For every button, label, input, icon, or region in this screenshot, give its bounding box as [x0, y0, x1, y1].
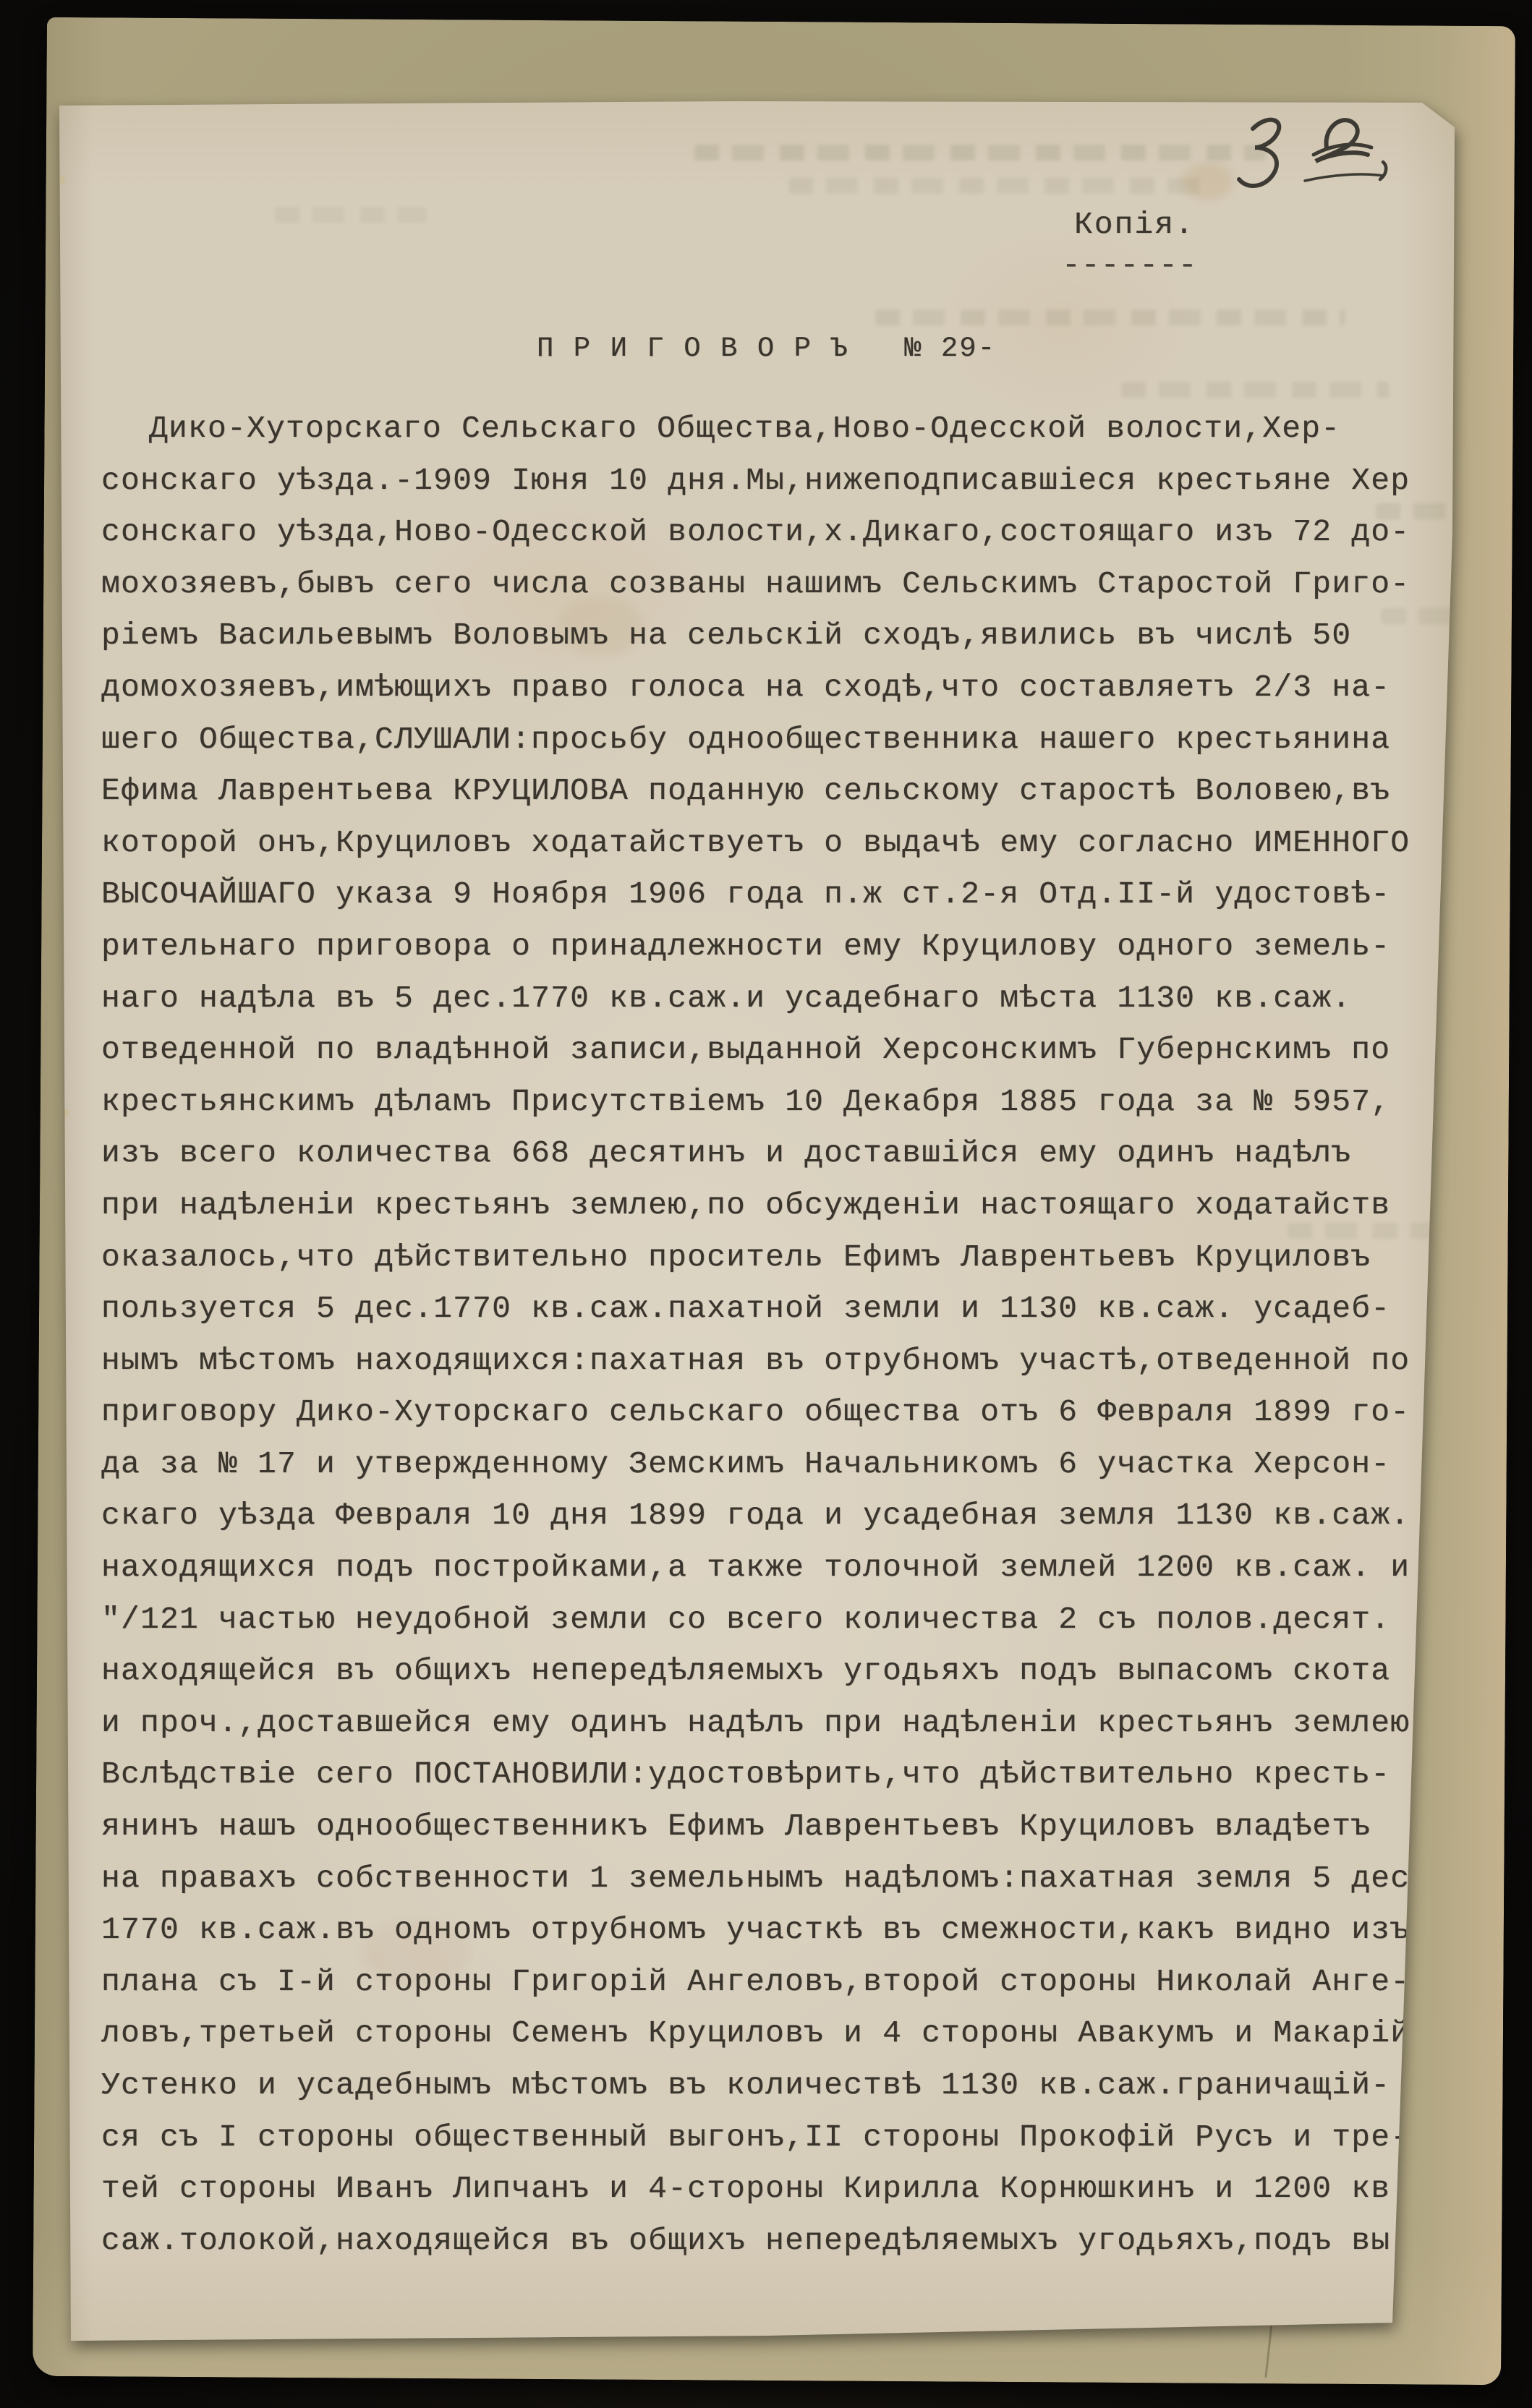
body-line: наго надѣла въ 5 дес.1770 кв.саж.и усаде… — [101, 981, 1410, 1033]
body-line: скаго уѣзда Февраля 10 дня 1899 года и у… — [101, 1498, 1410, 1550]
body-line: рительнаго приговора о принадлежности ем… — [101, 928, 1410, 981]
copy-label-underline: ------- — [1062, 247, 1198, 283]
body-line: пользуется 5 дес.1770 кв.саж.пахатной зе… — [101, 1291, 1410, 1343]
body-line: ВЫСОЧАЙШАГО указа 9 Ноября 1906 года п.ж… — [101, 876, 1410, 928]
body-line: Вслѣдствіе сего ПОСТАНОВИЛИ:удостовѣрить… — [101, 1756, 1410, 1809]
body-line: Ефима Лаврентьева КРУЦИЛОВА поданную сел… — [101, 773, 1410, 825]
body-line: на правахъ собственности 1 земельнымъ на… — [101, 1861, 1410, 1913]
bleed-through-ghost — [694, 145, 1266, 161]
body-line: находящейся въ общихъ непередѣляемыхъ уг… — [101, 1653, 1410, 1705]
body-line: нымъ мѣстомъ находящихся:пахатная въ отр… — [101, 1343, 1410, 1395]
body-line: отведенной по владѣнной записи,выданной … — [101, 1032, 1410, 1084]
bleed-through-ghost — [275, 207, 427, 223]
bleed-through-ghost — [788, 178, 1201, 194]
body-line: мохозяевъ,бывъ сего числа созваны нашимъ… — [101, 566, 1410, 618]
body-line: ловъ,третьей стороны Семенъ Круциловъ и … — [101, 2015, 1410, 2067]
body-line: находящихся подъ постройками,а также тол… — [101, 1550, 1410, 1602]
handwritten-page-number: 32 — [1220, 107, 1400, 208]
body-line: при надѣленіи крестьянъ землею,по обсужд… — [101, 1187, 1410, 1239]
handwriting-strokes — [1220, 107, 1400, 208]
body-line: плана съ I-й стороны Григорій Ангеловъ,в… — [101, 1964, 1410, 2016]
paper-crease — [1264, 2326, 1272, 2378]
body-line: ся съ I стороны общественный выгонъ,II с… — [101, 2119, 1410, 2172]
body-line: сонскаго уѣзда,Ново-Одесской волости,х.Д… — [101, 514, 1410, 566]
body-line: Устенко и усадебнымъ мѣстомъ въ количест… — [101, 2067, 1410, 2119]
body-line: янинъ нашъ однообщественникъ Ефимъ Лавре… — [101, 1809, 1410, 1861]
copy-label: Копія. — [1074, 207, 1195, 242]
bleed-through-ghost — [1121, 382, 1389, 398]
body-line: изъ всего количества 668 десятинъ и дост… — [101, 1135, 1410, 1187]
body-line: тей стороны Иванъ Липчанъ и 4-стороны Ки… — [101, 2171, 1410, 2223]
document-body: Дико-Хуторскаго Сельскаго Общества,Ново-… — [101, 411, 1410, 2274]
body-line: да за № 17 и утвержденному Земскимъ Нача… — [101, 1446, 1410, 1498]
scanned-document-photo: { "page_number_annotation": "32", "copy_… — [0, 0, 1532, 2408]
bleed-through-ghost — [875, 309, 1345, 325]
body-line: приговору Дико-Хуторскаго сельскаго обще… — [101, 1394, 1410, 1446]
body-line: Дико-Хуторскаго Сельскаго Общества,Ново-… — [101, 411, 1410, 463]
document-page: 32 Копія. ------- П Р И Г О В О Р Ъ № 29… — [58, 98, 1455, 2343]
body-line: домохозяевъ,имѣющихъ право голоса на схо… — [101, 670, 1410, 722]
body-line: которой онъ,Круциловъ ходатайствуетъ о в… — [101, 825, 1410, 877]
body-line: "/121 частью неудобной земли со всего ко… — [101, 1602, 1410, 1654]
body-line: ріемъ Васильевымъ Воловымъ на сельскій с… — [101, 618, 1410, 670]
body-line: саж.толокой,находящейся въ общихъ непере… — [101, 2223, 1410, 2275]
body-line: крестьянскимъ дѣламъ Присутствіемъ 10 Де… — [101, 1084, 1410, 1136]
body-line: 1770 кв.саж.въ одномъ отрубномъ участкѣ … — [101, 1912, 1410, 1964]
body-line: сонскаго уѣзда.-1909 Іюня 10 дня.Мы,ниже… — [101, 463, 1410, 515]
body-line: оказалось,что дѣйствительно проситель Еф… — [101, 1239, 1410, 1291]
document-title: П Р И Г О В О Р Ъ № 29- — [537, 333, 996, 364]
body-line: шего Общества,СЛУШАЛИ:просьбу однообщест… — [101, 722, 1410, 774]
body-line: и проч.,доставшейся ему одинъ надѣлъ при… — [101, 1705, 1410, 1757]
